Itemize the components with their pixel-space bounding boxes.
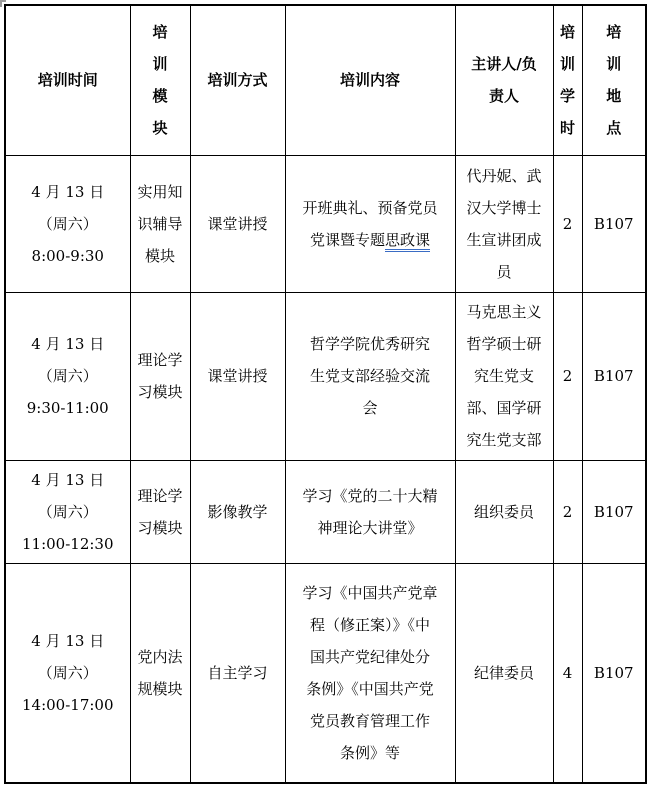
- cell-time: 4 月 13 日 （周六） 14:00-17:00: [5, 563, 130, 783]
- cell-hours: 2: [553, 292, 582, 460]
- cell-module: 实用知 识辅导 模块: [130, 155, 190, 292]
- grammar-underlined-text: 思政课: [385, 231, 430, 252]
- cell-method: 课堂讲授: [190, 155, 285, 292]
- cell-speaker: 代丹妮、武 汉大学博士 生宣讲团成 员: [455, 155, 553, 292]
- cell-speaker: 纪律委员: [455, 563, 553, 783]
- cell-method: 课堂讲授: [190, 292, 285, 460]
- training-schedule-table: 培训时间 培 训 模 块 培训方式 培训内容 主讲人/负 责人 培 训 学 时 …: [4, 4, 647, 784]
- cell-time: 4 月 13 日 （周六） 8:00-9:30: [5, 155, 130, 292]
- table-row: 4 月 13 日 （周六） 8:00-9:30 实用知 识辅导 模块 课堂讲授 …: [5, 155, 646, 292]
- cell-method: 自主学习: [190, 563, 285, 783]
- cell-location: B107: [582, 563, 646, 783]
- cell-hours: 2: [553, 155, 582, 292]
- cell-hours: 2: [553, 460, 582, 563]
- header-cell-speaker: 主讲人/负 责人: [455, 5, 553, 155]
- header-cell-location: 培 训 地 点: [582, 5, 646, 155]
- cell-module: 理论学 习模块: [130, 460, 190, 563]
- cell-speaker: 组织委员: [455, 460, 553, 563]
- cell-location: B107: [582, 155, 646, 292]
- cell-time: 4 月 13 日 （周六） 9:30-11:00: [5, 292, 130, 460]
- cell-module: 理论学 习模块: [130, 292, 190, 460]
- cell-method: 影像教学: [190, 460, 285, 563]
- table-row: 4 月 13 日 （周六） 11:00-12:30 理论学 习模块 影像教学 学…: [5, 460, 646, 563]
- header-cell-method: 培训方式: [190, 5, 285, 155]
- header-cell-time: 培训时间: [5, 5, 130, 155]
- table-row: 4 月 13 日 （周六） 14:00-17:00 党内法 规模块 自主学习 学…: [5, 563, 646, 783]
- cell-speaker: 马克思主义 哲学硕士研 究生党支 部、国学研 究生党支部: [455, 292, 553, 460]
- cell-content-text: 学习《中国共产党章 程（修正案）》《中 国共产党纪律处分 条例》《中国共产党 党…: [302, 584, 437, 762]
- cell-content-text: 哲学学院优秀研究 生党支部经验交流 会: [310, 335, 430, 417]
- cell-content: 学习《党的二十大精 神理论大讲堂》: [285, 460, 455, 563]
- cell-content: 哲学学院优秀研究 生党支部经验交流 会: [285, 292, 455, 460]
- cell-location: B107: [582, 292, 646, 460]
- cell-hours: 4: [553, 563, 582, 783]
- cell-content: 开班典礼、预备党员 党课暨专题思政课: [285, 155, 455, 292]
- header-cell-content: 培训内容: [285, 5, 455, 155]
- cell-location: B107: [582, 460, 646, 563]
- cell-content: 学习《中国共产党章 程（修正案）》《中 国共产党纪律处分 条例》《中国共产党 党…: [285, 563, 455, 783]
- header-cell-hours: 培 训 学 时: [553, 5, 582, 155]
- cell-time: 4 月 13 日 （周六） 11:00-12:30: [5, 460, 130, 563]
- cell-content-text: 学习《党的二十大精 神理论大讲堂》: [302, 487, 437, 537]
- table-row: 4 月 13 日 （周六） 9:30-11:00 理论学 习模块 课堂讲授 哲学…: [5, 292, 646, 460]
- cell-module: 党内法 规模块: [130, 563, 190, 783]
- header-row: 培训时间 培 训 模 块 培训方式 培训内容 主讲人/负 责人 培 训 学 时 …: [5, 5, 646, 155]
- header-cell-module: 培 训 模 块: [130, 5, 190, 155]
